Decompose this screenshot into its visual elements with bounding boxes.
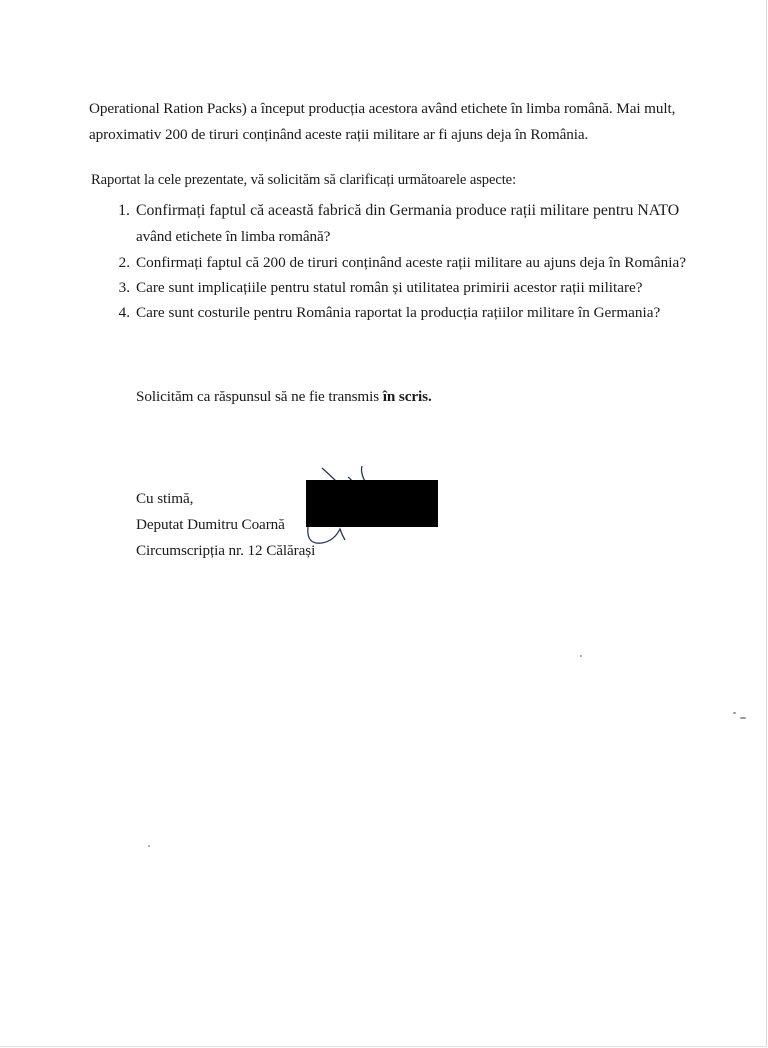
question-text: Confirmați faptul că 200 de tiruri conți… bbox=[136, 254, 686, 272]
question-text: Care sunt costurile pentru România rapor… bbox=[136, 304, 660, 322]
intro-text: Raportat la cele prezentate, vă solicită… bbox=[91, 171, 516, 189]
question-text: Care sunt implicațiile pentru statul rom… bbox=[136, 279, 643, 297]
scan-artifact bbox=[148, 845, 150, 847]
scan-artifact bbox=[580, 655, 582, 657]
request-text: Solicităm ca răspunsul să ne fie transmi… bbox=[136, 388, 383, 405]
scan-artifact bbox=[740, 717, 746, 719]
question-text: Confirmați faptul că această fabrică din… bbox=[136, 202, 679, 220]
signatory-name: Deputat Dumitru Coarnă bbox=[136, 516, 285, 534]
request-line: Solicităm ca răspunsul să ne fie transmi… bbox=[136, 388, 432, 406]
question-number: 3. bbox=[110, 279, 130, 297]
request-emphasis: în scris. bbox=[383, 388, 432, 405]
signatory-district: Circumscripția nr. 12 Călărași bbox=[136, 542, 315, 560]
question-number: 4. bbox=[110, 304, 130, 322]
document-page: Operational Ration Packs) a început prod… bbox=[0, 0, 767, 1047]
question-number: 2. bbox=[110, 254, 130, 272]
question-text-continuation: având etichete în limba română? bbox=[136, 228, 330, 246]
question-number: 1. bbox=[110, 202, 130, 220]
redaction-box bbox=[306, 480, 438, 527]
paragraph-line: Operational Ration Packs) a început prod… bbox=[89, 100, 675, 118]
scan-artifact bbox=[733, 712, 736, 714]
closing-salutation: Cu stimă, bbox=[136, 490, 193, 508]
paragraph-line: aproximativ 200 de tiruri conținând aces… bbox=[89, 126, 588, 144]
